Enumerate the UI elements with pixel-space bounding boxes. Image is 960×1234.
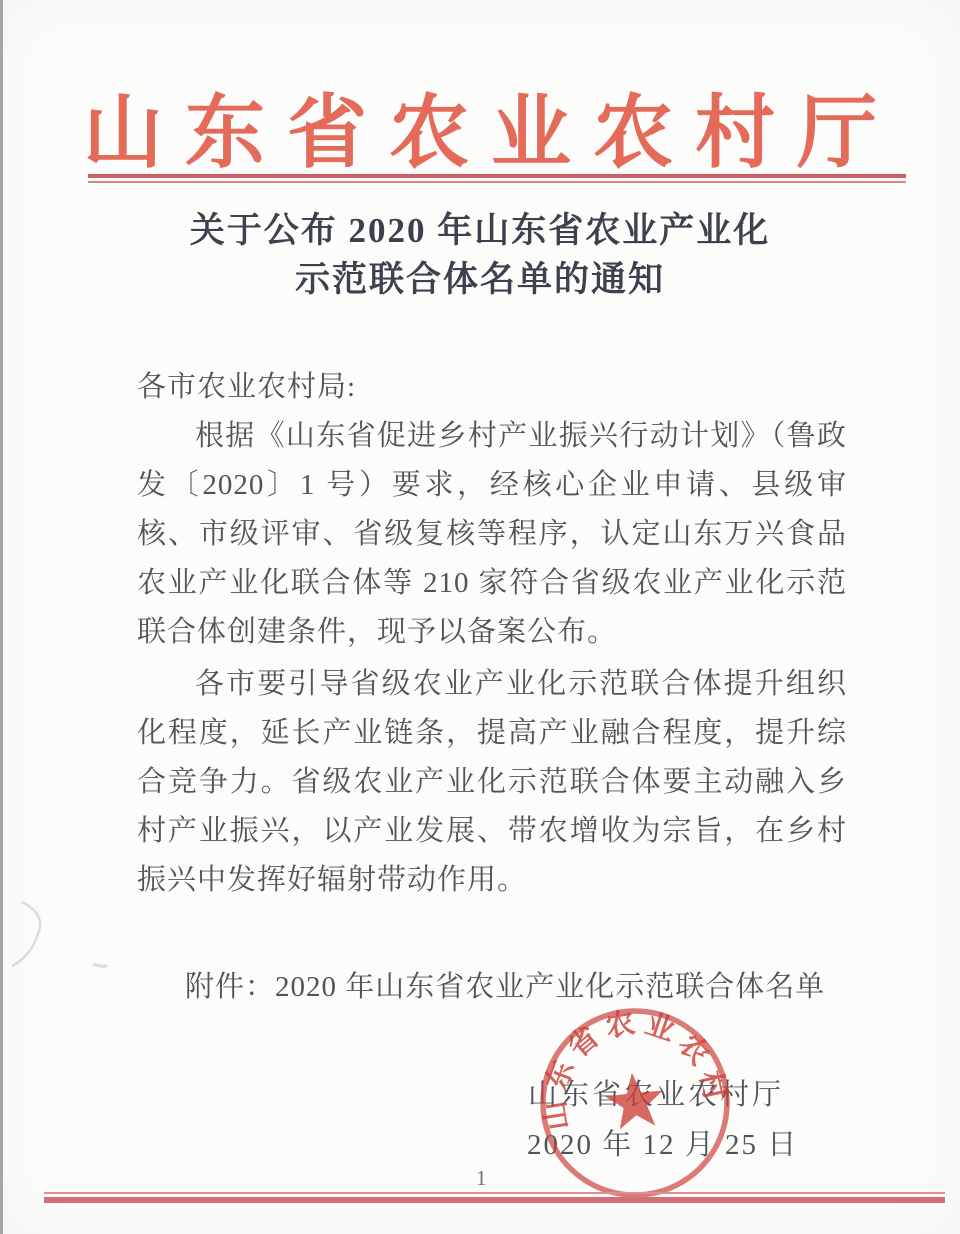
scan-edge-artifact <box>0 0 3 1234</box>
scanned-document-page: 山东省农业农村厅 关于公布 2020 年山东省农业产业化 示范联合体名单的通知 … <box>0 0 960 1234</box>
seal-arc-text: 山东省农业农村厅 <box>515 983 734 1137</box>
page-number: 1 <box>476 1166 487 1191</box>
paragraph-1: 根据《山东省促进乡村产业振兴行动计划》（鲁政发〔2020〕1 号）要求，经核心企… <box>137 412 847 657</box>
footer-red-rule <box>44 1192 945 1203</box>
attachment-line: 附件：2020 年山东省农业产业化示范联合体名单 <box>185 964 825 1005</box>
header-red-rule <box>88 174 906 183</box>
document-title: 关于公布 2020 年山东省农业产业化 示范联合体名单的通知 <box>0 206 960 304</box>
agency-header: 山东省农业农村厅 <box>0 68 960 183</box>
document-title-line1: 关于公布 2020 年山东省农业产业化 <box>0 206 960 255</box>
body-text: 根据《山东省促进乡村产业振兴行动计划》（鲁政发〔2020〕1 号）要求，经核心企… <box>137 412 847 905</box>
footer-rule-thick-line <box>44 1197 945 1203</box>
document-title-line2: 示范联合体名单的通知 <box>0 255 960 304</box>
issue-date: 2020 年 12 月 25 日 <box>527 1122 798 1163</box>
salutation: 各市农业农村局: <box>137 364 356 405</box>
header-rule-thin-line <box>88 181 906 183</box>
signer-name: 山东省农业农村厅 <box>528 1072 784 1113</box>
paragraph-2: 各市要引导省级农业产业化示范联合体提升组织化程度，延长产业链条，提高产业融合程度… <box>137 660 847 905</box>
pencil-mark-artifact <box>0 880 130 990</box>
